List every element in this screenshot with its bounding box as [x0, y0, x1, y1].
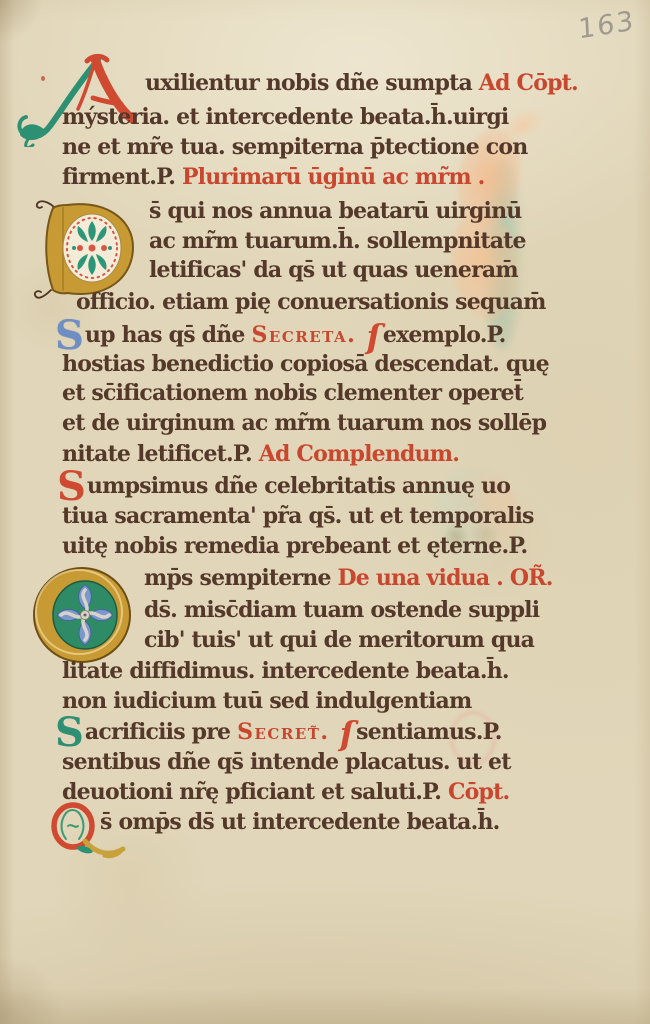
text-segment: mýsteria. et intercedente beata.h̄.uirgi: [62, 104, 508, 130]
text-line: s̄ qui nos annua beatarū uirginū: [149, 198, 521, 224]
rubric-segment: Ad Complendum.: [259, 441, 459, 467]
text-line: Sacrificiis pre Secret̃. ſsentiamus.P.: [55, 719, 502, 745]
rubric-segment: De una vidua . OR̃.: [338, 565, 553, 591]
text-segment: sentiamus.P.: [356, 719, 501, 745]
text-segment: exemplo.P.: [383, 322, 506, 348]
text-segment: firment.P.: [62, 164, 182, 190]
text-segment: umpsimus dñe celebritatis annuę uo: [87, 473, 510, 499]
folio-number: 163: [578, 5, 636, 45]
text-line: uitę nobis remedia prebeant et ęterne.P.: [62, 533, 527, 559]
text-line: mp̄s sempiterne De una vidua . OR̃.: [144, 565, 553, 591]
text-segment: nitate letificet.P.: [62, 441, 259, 467]
text-segment: hostias benedictio copiosā descendat. qu…: [62, 351, 549, 377]
rubric-heading-segment: Secreta.: [252, 322, 366, 348]
rubric-segment: Ad Cōpt.: [479, 70, 578, 96]
text-line: tiua sacramenta' pr̃a qs̄. ut et tempora…: [62, 503, 534, 529]
text-line: Sumpsimus dñe celebritatis annuę uo: [57, 473, 510, 499]
manuscript-page: 163: [0, 0, 650, 1024]
rubric-heading-segment: Secret̃.: [237, 719, 339, 745]
illuminated-initial-o: [27, 564, 141, 666]
text-segment: uitę nobis remedia prebeant et ęterne.P.: [62, 533, 527, 559]
text-line: firment.P. Plurimarū ūginū ac mr̃m .: [62, 164, 485, 190]
initial-o-center-dot: [84, 614, 87, 617]
illuminated-initial-d: [33, 194, 145, 302]
text-segment: s̄ qui nos annua beatarū uirginū: [149, 198, 521, 224]
text-segment: ac mr̃m tuarum.h̄. sollempnitate: [149, 228, 526, 254]
text-segment: acrificiis pre: [85, 719, 237, 745]
text-segment: officio. etiam pię conuersationis sequam…: [76, 289, 546, 315]
text-segment: uxilientur nobis dñe sumpta: [145, 70, 479, 96]
text-line: litate diffidimus. intercedente beata.h̄…: [62, 658, 509, 684]
text-line: deuotioni nr̃ę pficiant et saluti.P. Cōp…: [62, 779, 509, 805]
text-line: cib' tuis' ut qui de meritorum qua: [144, 627, 534, 653]
text-segment: ne et mr̃e tua. sempiterna p̄tectione co…: [62, 134, 527, 160]
text-line: mýsteria. et intercedente beata.h̄.uirgi: [62, 104, 508, 130]
text-line: ac mr̃m tuarum.h̄. sollempnitate: [149, 228, 526, 254]
text-segment: non iudicium tuū sed indulgentiam: [62, 688, 471, 714]
text-line: non iudicium tuū sed indulgentiam: [62, 688, 471, 714]
text-segment: litate diffidimus. intercedente beata.h̄…: [62, 658, 509, 684]
text-line: ne et mr̃e tua. sempiterna p̄tectione co…: [62, 134, 527, 160]
text-segment: up has qs̄ dñe: [85, 322, 252, 348]
text-line: et de uirginum ac mr̃m tuarum nos sollēp: [62, 410, 546, 436]
text-segment: deuotioni nr̃ę pficiant et saluti.P.: [62, 779, 448, 805]
text-line: letificas' da qs̄ ut quas ueneram̄: [149, 257, 518, 283]
initial-q-green-filigree: [62, 810, 84, 839]
text-segment: s̄ omp̄s ds̄ ut intercedente beata.h̄.: [100, 809, 500, 835]
initial-d-red-dots: [77, 245, 107, 252]
initial-q-gold-tail: [85, 841, 123, 857]
text-segment: cib' tuis' ut qui de meritorum qua: [144, 627, 534, 653]
rubric-segment: Plurimarū ūginū ac mr̃m .: [182, 164, 485, 190]
text-line: officio. etiam pię conuersationis sequam…: [76, 289, 546, 315]
text-line: et sc̄ificationem nobis clementer operet…: [62, 380, 523, 406]
rubric-segment: Cōpt.: [448, 779, 509, 805]
text-segment: mp̄s sempiterne: [144, 565, 338, 591]
text-line: sentibus dñe qs̄ intende placatus. ut et: [62, 749, 511, 775]
text-line: s̄ omp̄s ds̄ ut intercedente beata.h̄.: [100, 809, 500, 835]
text-line: Sup has qs̄ dñe Secreta. ſexemplo.P.: [55, 322, 506, 348]
text-segment: letificas' da qs̄ ut quas ueneram̄: [149, 257, 518, 283]
text-line: uxilientur nobis dñe sumpta Ad Cōpt.: [145, 70, 578, 96]
text-line: ds̄. misc̄diam tuam ostende suppli: [144, 597, 539, 623]
illuminated-initial-a: [10, 52, 145, 147]
text-segment: tiua sacramenta' pr̃a qs̄. ut et tempora…: [62, 503, 534, 529]
text-segment: ds̄. misc̄diam tuam ostende suppli: [144, 597, 539, 623]
text-segment: sentibus dñe qs̄ intende placatus. ut et: [62, 749, 511, 775]
text-line: hostias benedictio copiosā descendat. qu…: [62, 351, 549, 377]
text-segment: et de uirginum ac mr̃m tuarum nos sollēp: [62, 410, 546, 436]
paraph-mark: ſ: [339, 714, 356, 753]
text-line: nitate letificet.P. Ad Complendum.: [62, 441, 459, 467]
text-segment: et sc̄ificationem nobis clementer operet…: [62, 380, 523, 406]
